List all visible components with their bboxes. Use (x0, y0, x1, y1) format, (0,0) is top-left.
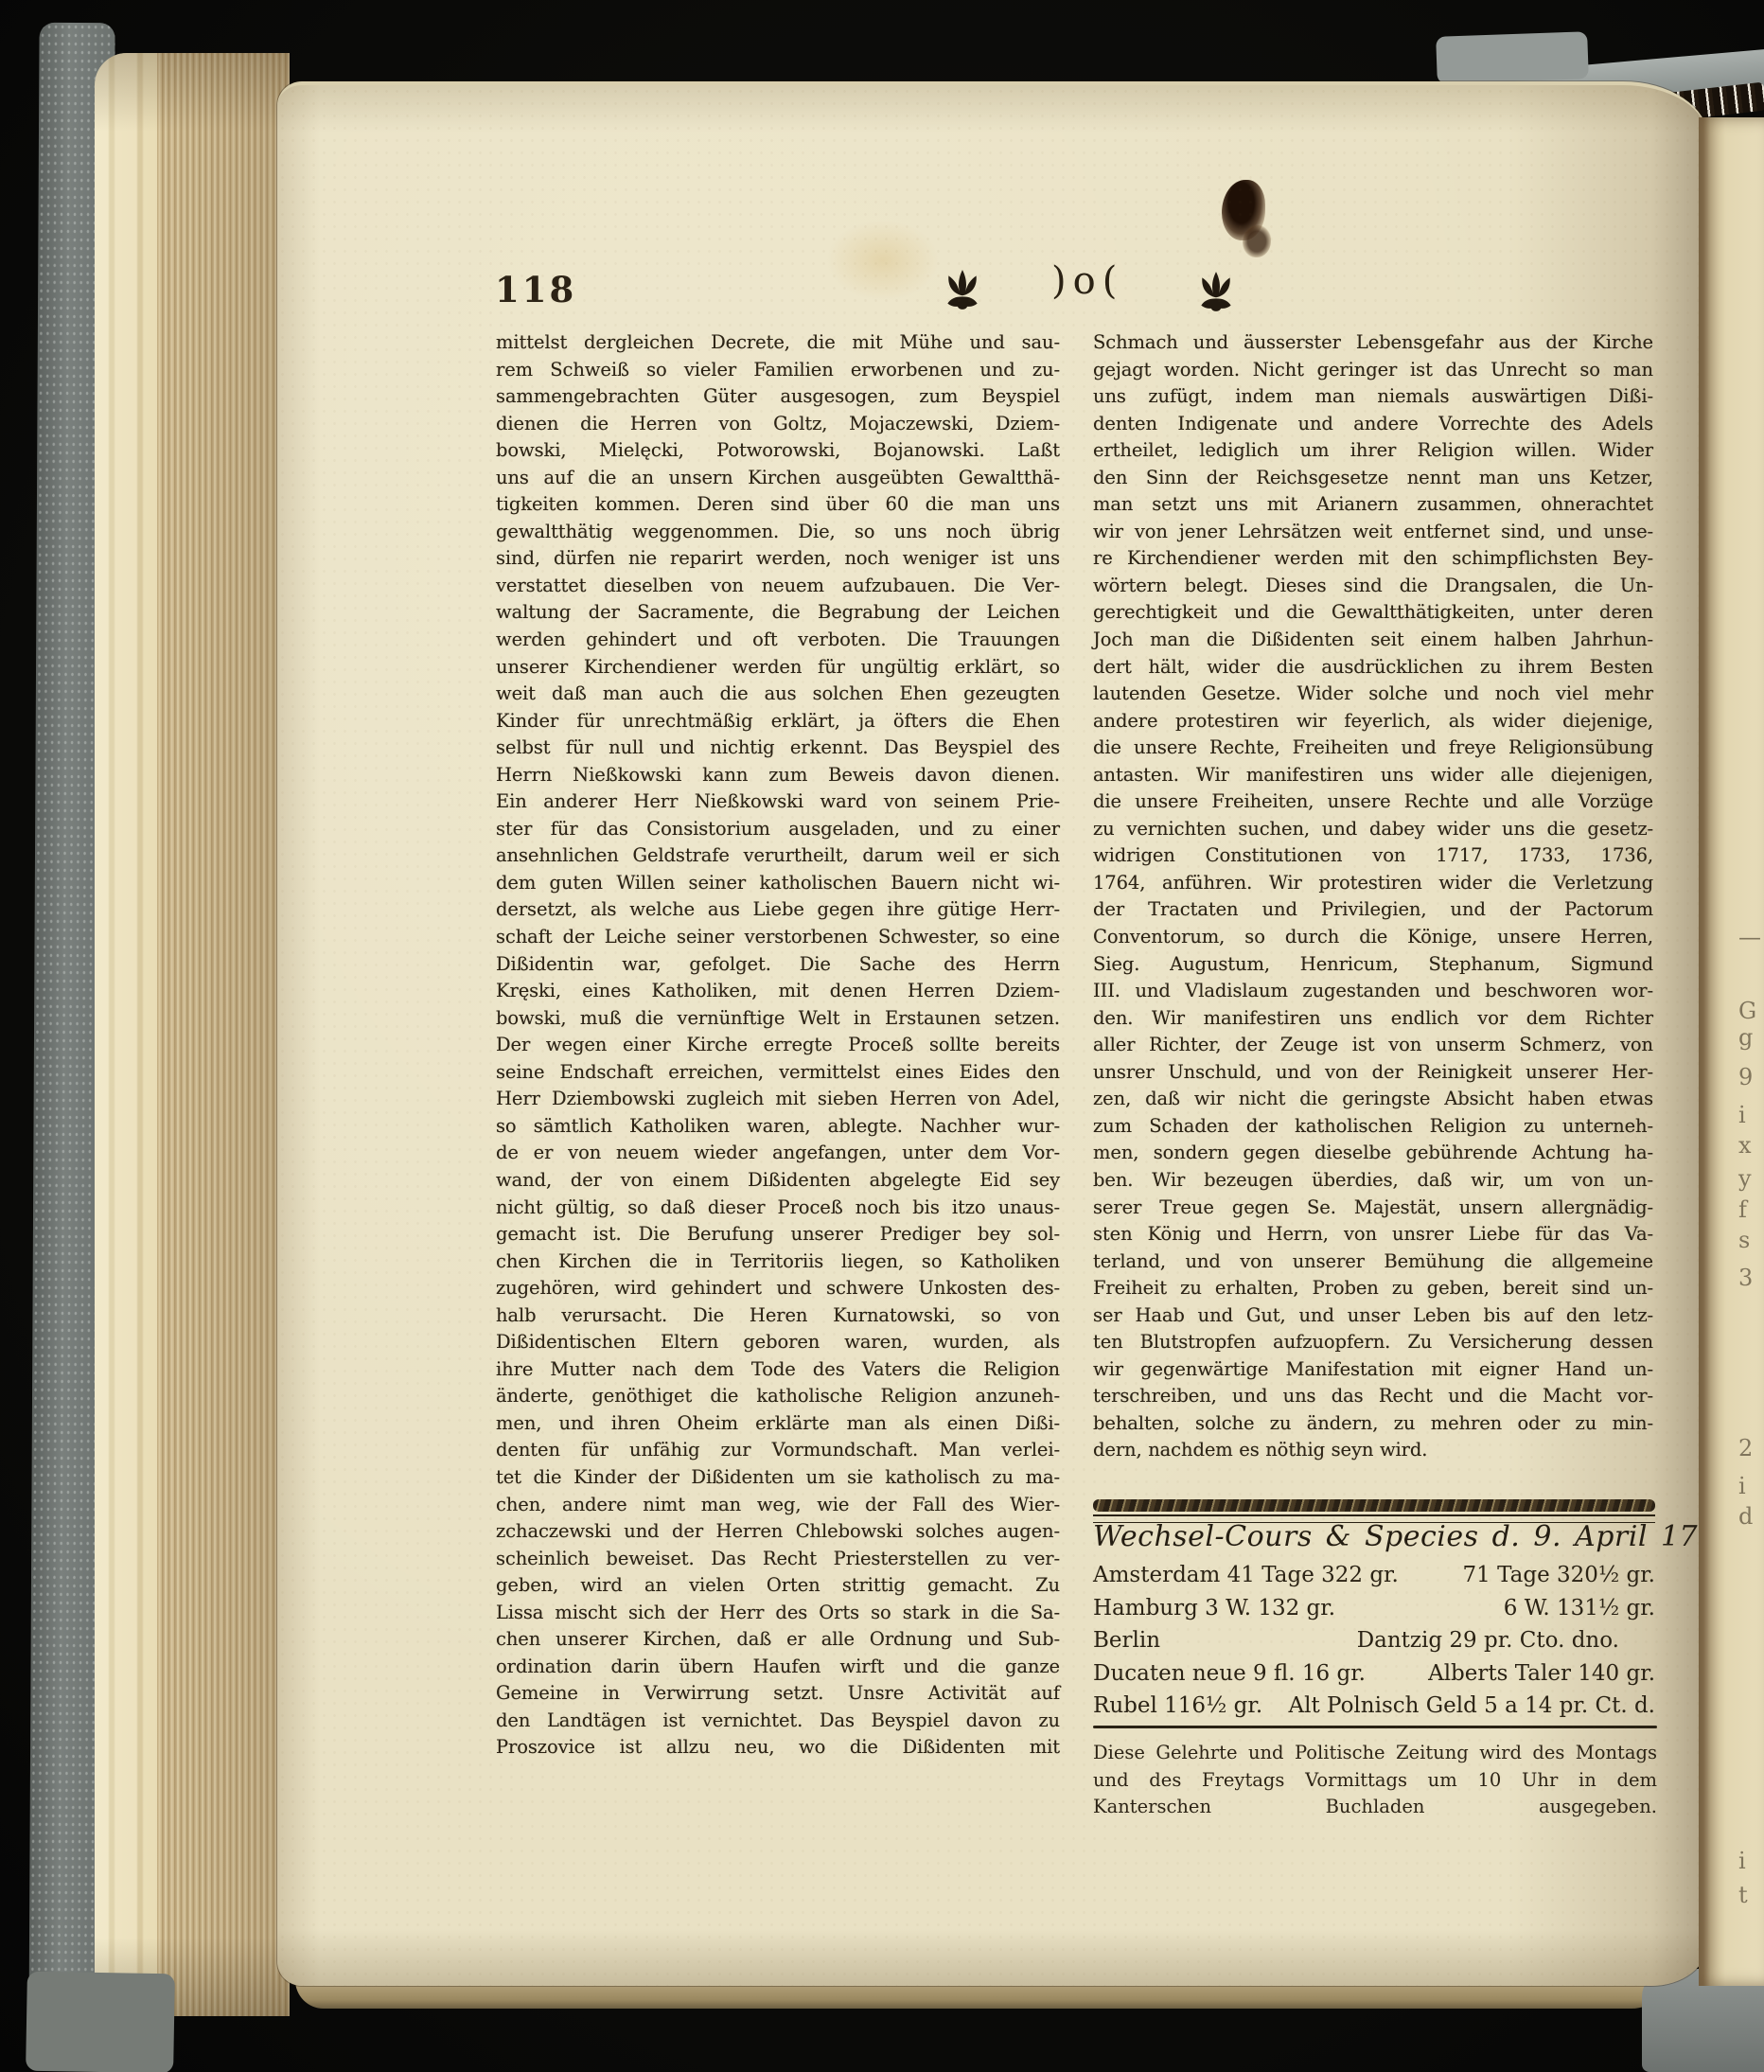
text-line: unsrer Unschuld, und von der Reinigkeit … (1093, 1059, 1653, 1087)
text-line: Schmach und äusserster Lebensgefahr aus … (1093, 329, 1653, 357)
text-line: mittelst dergleichen Decrete, die mit Mü… (496, 329, 1060, 357)
text-line: ansehnlichen Geldstrafe verurtheilt, dar… (496, 842, 1060, 870)
text-line: Der wegen einer Kirche erregte Proceß so… (496, 1032, 1060, 1059)
table-cell-right: 71 Tage 320½ gr. (1463, 1559, 1656, 1592)
bleedthrough-character: y (1738, 1167, 1752, 1190)
exchange-table-title: Wechsel-Cours & Species d. 9. April 1767… (1093, 1520, 1657, 1553)
text-line: chen, andere nimt man weg, wie der Fall … (496, 1492, 1060, 1519)
table-cell-right: Alberts Taler 140 gr. (1428, 1657, 1655, 1691)
text-line: sten König und Herrn, von unsrer Liebe f… (1093, 1221, 1653, 1249)
text-line: halb verursacht. Die Heren Kurnatowski, … (496, 1302, 1060, 1330)
text-line: bowski, muß die vernünftige Welt in Erst… (496, 1005, 1060, 1033)
right-text-column: Schmach und äusserster Lebensgefahr aus … (1093, 329, 1653, 1464)
text-line: sammengebrachten Güter ausgesogen, zum B… (496, 383, 1060, 411)
bleedthrough-character: i (1738, 1104, 1746, 1126)
text-line: ster für das Consistorium ausgeladen, un… (496, 816, 1060, 843)
text-line: Herrn Nießkowski kann zum Beweis davon d… (496, 762, 1060, 789)
table-row: Amsterdam 41 Tage 322 gr.71 Tage 320½ gr… (1093, 1559, 1655, 1592)
text-line: dert hält, wider die ausdrücklichen zu i… (1093, 654, 1653, 682)
text-line: gewaltthätig weggenommen. Die, so uns no… (496, 519, 1060, 546)
text-line: waltung der Sacramente, die Begrabung de… (496, 599, 1060, 627)
text-line: Dißidentischen Eltern geboren waren, wur… (496, 1329, 1060, 1356)
text-line: Freiheit zu erhalten, Proben zu geben, b… (1093, 1275, 1653, 1302)
table-cell-right: 6 W. 131½ gr. (1504, 1592, 1655, 1625)
text-line: unserer Kirchendiener werden für ungülti… (496, 654, 1060, 682)
bleedthrough-character: s (1738, 1229, 1750, 1251)
text-line: zen, daß wir nicht die geringste Absicht… (1093, 1086, 1653, 1113)
text-line: den Landtägen ist vernichtet. Das Beyspi… (496, 1708, 1060, 1735)
facing-page-edge: —Gg9ixyfs32idit (1699, 117, 1764, 1986)
bleedthrough-character: G (1738, 1000, 1756, 1022)
table-cell-left: Berlin (1093, 1624, 1160, 1657)
text-line: behalten, solche zu ändern, zu mehren od… (1093, 1410, 1653, 1438)
text-line: rem Schweiß so vieler Familien erworbene… (496, 357, 1060, 384)
table-bottom-rule (1093, 1726, 1657, 1728)
text-line: men, und ihren Oheim erklärte man als ei… (496, 1410, 1060, 1438)
fleuron-icon (940, 265, 985, 312)
text-line: III. und Vladislaum zugestanden und besc… (1093, 978, 1653, 1005)
binding-cloth-band-small (1436, 31, 1589, 84)
text-line: terland, und von unserer Bemühung die al… (1093, 1249, 1653, 1276)
text-line: gejagt worden. Nicht geringer ist das Un… (1093, 357, 1653, 384)
text-line: bowski, Mielęcki, Potworowski, Bojanowsk… (496, 437, 1060, 465)
page-edge-stack (95, 53, 290, 2016)
text-line: seine Endschaft erreichen, vermittelst e… (496, 1059, 1060, 1087)
ornamental-divider (1093, 1499, 1655, 1512)
text-line: de er von neuem wieder angefangen, unter… (496, 1140, 1060, 1167)
bleedthrough-character: 9 (1738, 1066, 1753, 1089)
text-line: Kręski, eines Katholiken, mit denen Herr… (496, 978, 1060, 1005)
text-line: lautenden Gesetze. Wider solche und noch… (1093, 681, 1653, 708)
text-line: der Tractaten und Privilegien, und der P… (1093, 896, 1653, 924)
text-line: gemacht ist. Die Berufung unserer Predig… (496, 1221, 1060, 1249)
imprint-note: Diese Gelehrte und Politische Zeitung wi… (1093, 1740, 1657, 1821)
text-line: wir von jener Lehrsätzen weit entfernet … (1093, 519, 1653, 546)
bleedthrough-character: g (1738, 1026, 1753, 1049)
text-line: tet die Kinder der Dißidenten um sie kat… (496, 1464, 1060, 1492)
scanned-book-photo: 118 )o( mittelst dergleichen Decrete, di… (0, 0, 1764, 2072)
bleedthrough-character: i (1738, 1475, 1746, 1497)
text-line: denten für unfähig zur Vormundschaft. Ma… (496, 1437, 1060, 1464)
table-cell-right: Dantzig 29 pr. Cto. dno. (1357, 1624, 1655, 1657)
text-line: chen Kirchen die in Territoriis liegen, … (496, 1249, 1060, 1276)
text-line: zu vernichten suchen, und dabey wider un… (1093, 816, 1653, 843)
text-line: terschreiben, und uns das Recht und die … (1093, 1383, 1653, 1410)
text-line: dem guten Willen seiner katholischen Bau… (496, 870, 1060, 897)
text-line: zugehören, wird gehindert und schwere Un… (496, 1275, 1060, 1302)
text-line: tigkeiten kommen. Deren sind über 60 die… (496, 491, 1060, 519)
text-line: widrigen Constitutionen von 1717, 1733, … (1093, 842, 1653, 870)
text-line: Proszovice ist allzu neu, wo die Dißiden… (496, 1734, 1060, 1762)
table-cell-left: Rubel 116½ gr. (1093, 1690, 1262, 1723)
text-line: sind, dürfen nie reparirt werden, noch w… (496, 545, 1060, 573)
bleedthrough-character: — (1738, 926, 1761, 948)
text-line: verstattet dieselben von neuem aufzubaue… (496, 573, 1060, 600)
text-line: re Kirchendiener werden mit den schimpfl… (1093, 545, 1653, 573)
text-line: selbst für null und nichtig erkennt. Das… (496, 735, 1060, 762)
text-line: man setzt uns mit Arianern zusammen, ohn… (1093, 491, 1653, 519)
bleedthrough-character: i (1738, 1850, 1746, 1872)
text-line: uns auf die an unsern Kirchen ausgeübten… (496, 465, 1060, 492)
text-line: Dißidentin war, gefolget. Die Sache des … (496, 951, 1060, 979)
text-line: und des Freytags Vormittags um 10 Uhr in… (1093, 1767, 1657, 1795)
text-line: die unsere Freiheiten, unsere Rechte und… (1093, 788, 1653, 816)
left-text-column: mittelst dergleichen Decrete, die mit Mü… (496, 329, 1060, 1762)
text-line: andere protestiren wir feyerlich, als wi… (1093, 708, 1653, 735)
text-line: Kinder für unrechtmäßig erklärt, ja öfte… (496, 708, 1060, 735)
bleedthrough-character: x (1738, 1134, 1752, 1157)
text-line: nicht gültig, so daß dieser Proceß noch … (496, 1195, 1060, 1222)
table-cell-left: Hamburg 3 W. 132 gr. (1093, 1592, 1335, 1625)
fleuron-icon (1193, 267, 1239, 314)
text-line: zum Schaden der katholischen Religion zu… (1093, 1113, 1653, 1141)
text-line: zchaczewski und der Herren Chlebowski so… (496, 1518, 1060, 1546)
text-line: ordination darin übern Haufen wirft und … (496, 1654, 1060, 1681)
table-cell-left: Ducaten neue 9 fl. 16 gr. (1093, 1657, 1366, 1691)
text-line: Gemeine in Verwirrung setzt. Unsre Activ… (496, 1680, 1060, 1708)
text-line: werden gehindert und oft verboten. Die T… (496, 627, 1060, 654)
page-stack-shading (95, 53, 290, 2016)
text-line: serer Treue gegen Se. Majestät, unsern a… (1093, 1195, 1653, 1222)
table-row: Ducaten neue 9 fl. 16 gr.Alberts Taler 1… (1093, 1657, 1655, 1691)
text-line: dienen die Herren von Goltz, Mojaczewski… (496, 411, 1060, 438)
text-line: men, sondern gegen dieselbe gebührende A… (1093, 1140, 1653, 1167)
text-line: wand, der von einem Dißidenten abgelegte… (496, 1167, 1060, 1195)
text-line: Lissa mischt sich der Herr des Orts so s… (496, 1600, 1060, 1627)
text-line: so sämtlich Katholiken waren, ablegte. N… (496, 1113, 1060, 1141)
text-line: ten Blutstropfen aufzuopfern. Zu Versich… (1093, 1329, 1653, 1356)
text-line: Diese Gelehrte und Politische Zeitung wi… (1093, 1740, 1657, 1767)
text-line: Conventorum, so durch die Könige, unsere… (1093, 924, 1653, 951)
text-line: ihre Mutter nach dem Tode des Vaters die… (496, 1356, 1060, 1384)
table-cell-left: Amsterdam 41 Tage 322 gr. (1093, 1559, 1399, 1592)
text-line: ertheilet, lediglich um ihrer Religion w… (1093, 437, 1653, 465)
gathering-signature-mark: )o( (1051, 259, 1123, 303)
text-line: die unsere Rechte, Freiheiten und freye … (1093, 735, 1653, 762)
bleedthrough-character: f (1738, 1198, 1747, 1221)
text-line: den. Wir manifestiren uns endlich vor de… (1093, 1005, 1653, 1033)
text-line: Ein anderer Herr Nießkowski ward von sei… (496, 788, 1060, 816)
text-line: dern, nachdem es nöthig seyn wird. (1093, 1437, 1653, 1464)
text-line: wir gegenwärtige Manifestation mit eigne… (1093, 1356, 1653, 1384)
text-line: geben, wird an vielen Orten strittig gem… (496, 1572, 1060, 1600)
text-line: schaft der Leiche seiner verstorbenen Sc… (496, 924, 1060, 951)
bleedthrough-character: d (1738, 1505, 1753, 1528)
text-line: Herr Dziembowski zugleich mit sieben Her… (496, 1086, 1060, 1113)
text-line: ser Haab und Gut, und unser Leben bis au… (1093, 1302, 1653, 1330)
text-line: uns zufügt, indem man niemals auswärtige… (1093, 383, 1653, 411)
bleedthrough-character: 3 (1738, 1266, 1753, 1289)
table-row: Rubel 116½ gr.Alt Polnisch Geld 5 a 14 p… (1093, 1690, 1655, 1723)
text-line: wörtern belegt. Dieses sind die Drangsal… (1093, 573, 1653, 600)
table-cell-right: Alt Polnisch Geld 5 a 14 pr. Ct. d. (1289, 1690, 1655, 1723)
text-line: änderte, genöthiget die katholische Reli… (496, 1383, 1060, 1410)
bleedthrough-character: 2 (1738, 1437, 1753, 1460)
cradle-pad-bottom-left (26, 1972, 175, 2072)
table-row: Hamburg 3 W. 132 gr.6 W. 131½ gr. (1093, 1592, 1655, 1625)
text-line: gerechtigkeit und die Gewaltthätigkeiten… (1093, 599, 1653, 627)
foxing-spot (826, 220, 940, 301)
text-line: Sieg. Augustum, Henricum, Stephanum, Sig… (1093, 951, 1653, 979)
exchange-table: Amsterdam 41 Tage 322 gr.71 Tage 320½ gr… (1093, 1559, 1655, 1723)
text-line: ben. Wir bezeugen überdies, daß wir, um … (1093, 1167, 1653, 1195)
text-line: dersetzt, als welche aus Liebe gegen ihr… (496, 896, 1060, 924)
book-page: 118 )o( mittelst dergleichen Decrete, di… (277, 81, 1708, 1986)
text-line: chen unserer Kirchen, daß er alle Ordnun… (496, 1626, 1060, 1654)
table-row: BerlinDantzig 29 pr. Cto. dno. (1093, 1624, 1655, 1657)
ink-stain-small (1243, 225, 1271, 257)
text-line: aller Richter, der Zeuge ist von unserm … (1093, 1032, 1653, 1059)
text-line: 1764, anführen. Wir protestiren wider di… (1093, 870, 1653, 897)
page-number: 118 (495, 269, 576, 310)
text-line: scheinlich beweiset. Das Recht Priesters… (496, 1546, 1060, 1573)
text-line: antasten. Wir manifestiren uns wider all… (1093, 762, 1653, 789)
text-line: denten Indigenate und andere Vorrechte d… (1093, 411, 1653, 438)
text-line: Joch man die Dißidenten seit einem halbe… (1093, 627, 1653, 654)
text-line: weit daß man auch die aus solchen Ehen g… (496, 681, 1060, 708)
text-line: den Sinn der Reichsgesetze nennt man uns… (1093, 465, 1653, 492)
bleedthrough-character: t (1738, 1884, 1748, 1906)
text-line: Kanterschen Buchladen ausgegeben. (1093, 1794, 1657, 1821)
